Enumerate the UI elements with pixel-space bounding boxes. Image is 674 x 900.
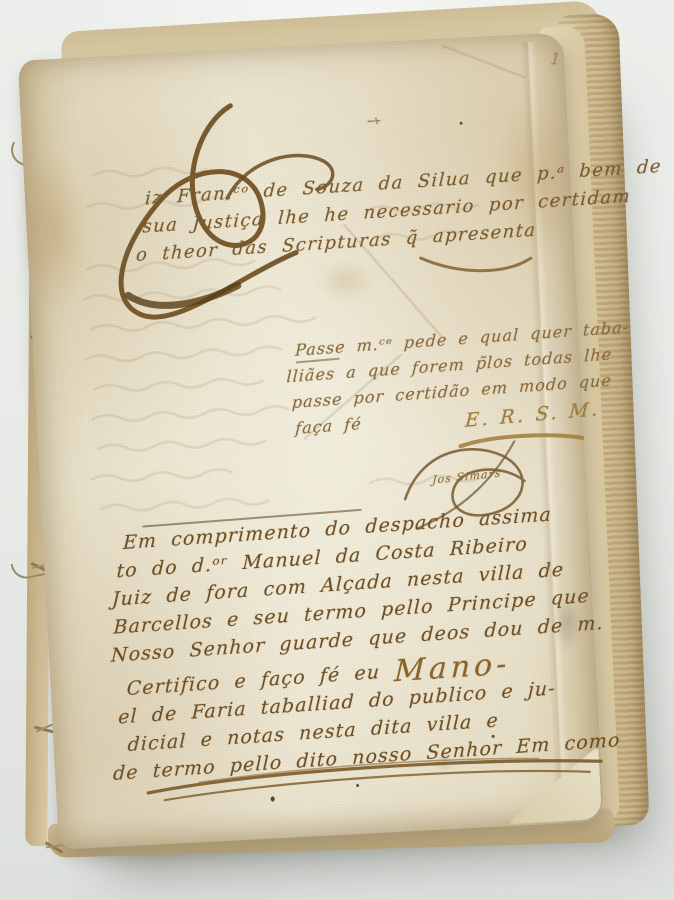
folio-number: 1 — [550, 49, 561, 69]
word-tail-flourish — [416, 240, 538, 286]
manuscript-book: † 1 iz Fran.ᶜᵒ de Souza da Silua que p.ᵃ… — [0, 0, 674, 900]
manuscript-page: † 1 iz Fran.ᶜᵒ de Souza da Silua que p.ᵃ… — [18, 32, 605, 849]
photo-background: † 1 iz Fran.ᶜᵒ de Souza da Silua que p.ᵃ… — [0, 0, 674, 900]
